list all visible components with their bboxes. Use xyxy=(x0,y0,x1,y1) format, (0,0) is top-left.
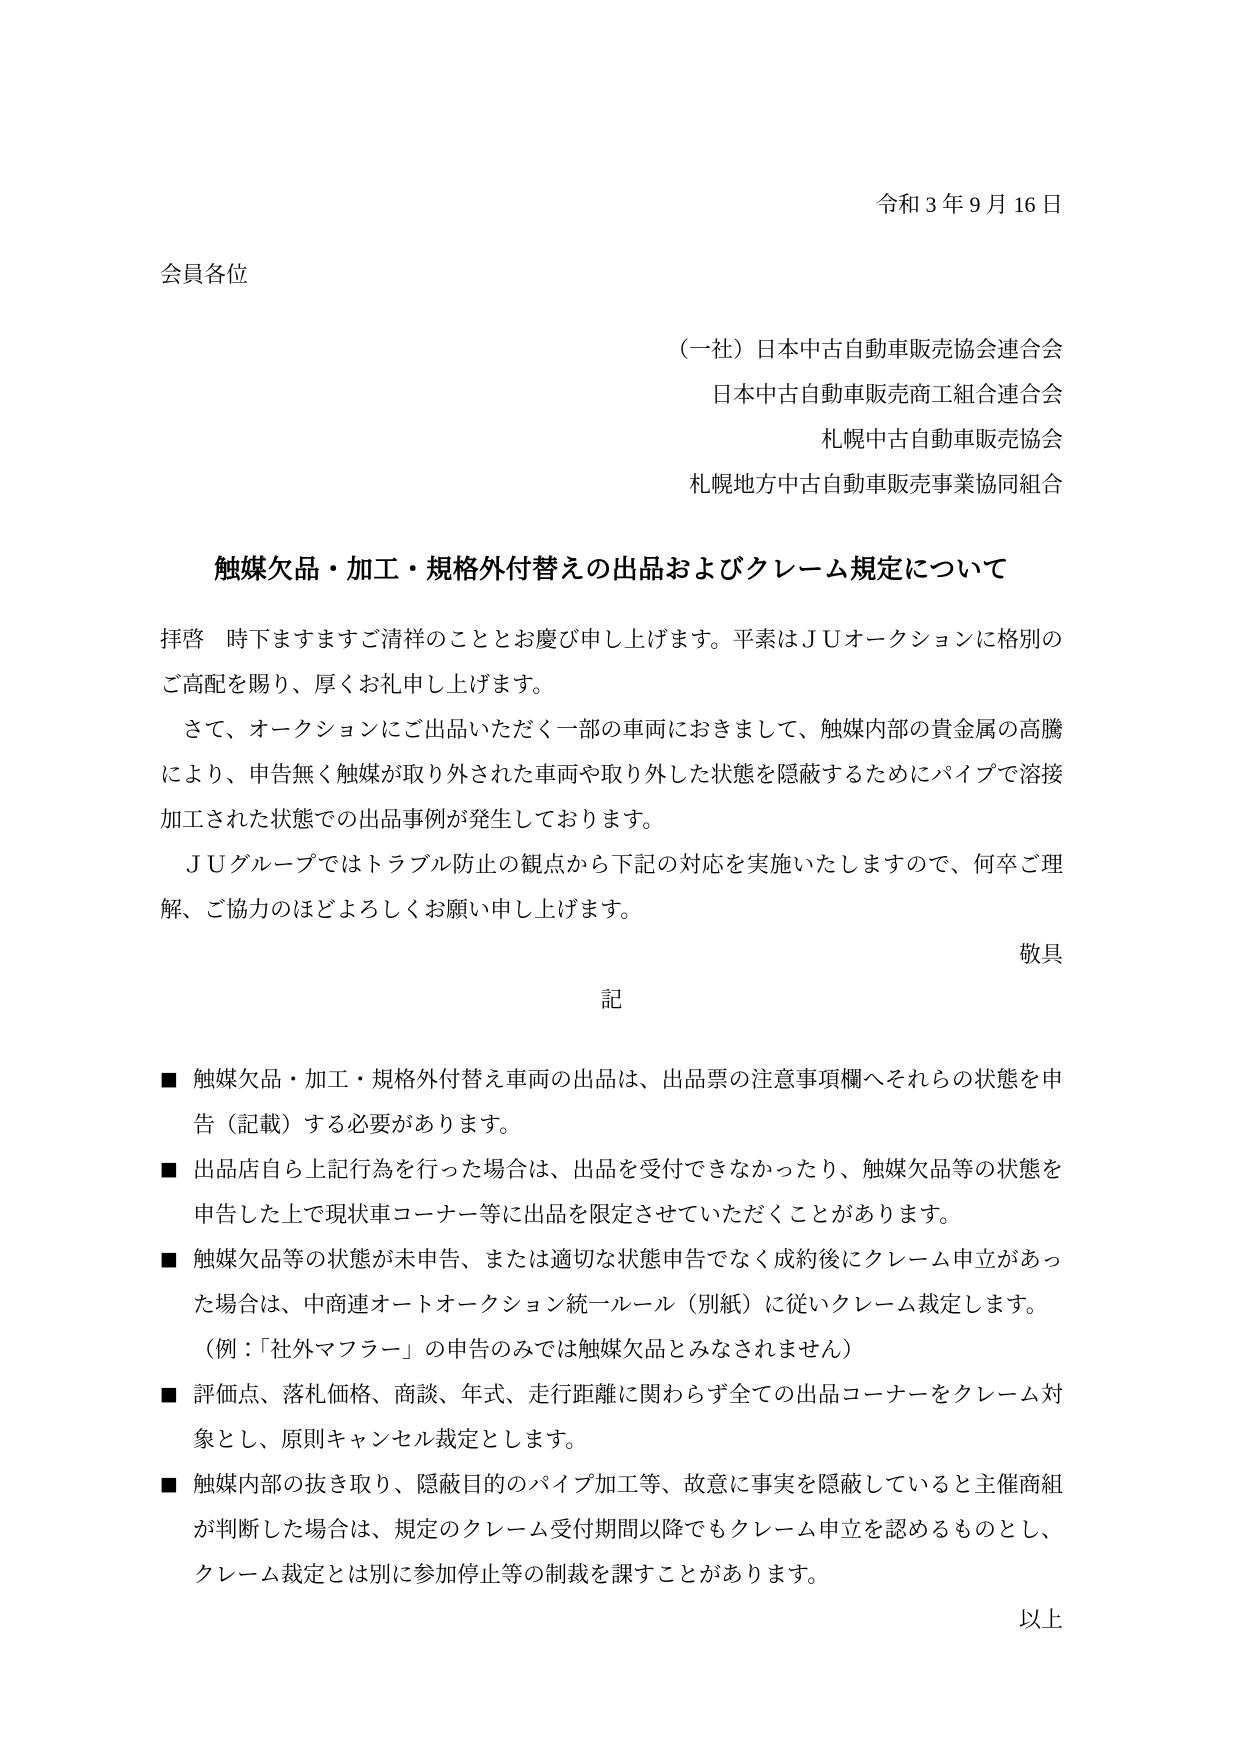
list-item: ■ 触媒内部の抜き取り、隠蔽目的のパイプ加工等、故意に事実を隠蔽していると主催商… xyxy=(160,1462,1063,1597)
paragraph: ＪＵグループではトラブル防止の観点から下記の対応を実施いたしますので、何卒ご理解… xyxy=(160,842,1063,932)
list-item-text: 触媒欠品等の状態が未申告、または適切な状態申告でなく成約後にクレーム申立があった… xyxy=(193,1247,1063,1317)
square-bullet-icon: ■ xyxy=(160,1147,178,1192)
list-item-text: 触媒内部の抜き取り、隠蔽目的のパイプ加工等、故意に事実を隠蔽していると主催商組が… xyxy=(193,1472,1063,1587)
sender-line: （一社）日本中古自動車販売協会連合会 xyxy=(160,327,1063,372)
rules-list: ■ 触媒欠品・加工・規格外付替え車両の出品は、出品票の注意事項欄へそれらの状態を… xyxy=(160,1057,1063,1597)
letter-body: 拝啓 時下ますますご清祥のこととお慶び申し上げます。平素はＪＵオークションに格別… xyxy=(160,617,1063,932)
paragraph: さて、オークションにご出品いただく一部の車両におきまして、触媒内部の貴金属の高騰… xyxy=(160,707,1063,842)
list-item-text: 出品店自ら上記行為を行った場合は、出品を受付できなかったり、触媒欠品等の状態を申… xyxy=(193,1157,1063,1227)
letter-page: 令和 3 年 9 月 16 日 会員各位 （一社）日本中古自動車販売協会連合会 … xyxy=(0,0,1241,1755)
sender-line: 札幌地方中古自動車販売事業協同組合 xyxy=(160,462,1063,507)
list-item: ■ 出品店自ら上記行為を行った場合は、出品を受付できなかったり、触媒欠品等の状態… xyxy=(160,1147,1063,1237)
sender-line: 日本中古自動車販売商工組合連合会 xyxy=(160,372,1063,417)
list-item: ■ 評価点、落札価格、商談、年式、走行距離に関わらず全ての出品コーナーをクレーム… xyxy=(160,1372,1063,1462)
recipient: 会員各位 xyxy=(160,252,1063,297)
square-bullet-icon: ■ xyxy=(160,1057,178,1102)
square-bullet-icon: ■ xyxy=(160,1372,178,1417)
end-marker: 以上 xyxy=(160,1597,1063,1642)
document-title: 触媒欠品・加工・規格外付替えの出品およびクレーム規定について xyxy=(160,549,1063,589)
list-item: ■ 触媒欠品・加工・規格外付替え車両の出品は、出品票の注意事項欄へそれらの状態を… xyxy=(160,1057,1063,1147)
square-bullet-icon: ■ xyxy=(160,1462,178,1507)
sender-line: 札幌中古自動車販売協会 xyxy=(160,417,1063,462)
list-item: ■ 触媒欠品等の状態が未申告、または適切な状態申告でなく成約後にクレーム申立があ… xyxy=(160,1237,1063,1372)
list-item-text: 評価点、落札価格、商談、年式、走行距離に関わらず全ての出品コーナーをクレーム対象… xyxy=(193,1382,1063,1452)
list-item-text: 触媒欠品・加工・規格外付替え車両の出品は、出品票の注意事項欄へそれらの状態を申告… xyxy=(193,1067,1063,1137)
record-marker: 記 xyxy=(160,977,1063,1022)
date-line: 令和 3 年 9 月 16 日 xyxy=(160,182,1063,227)
square-bullet-icon: ■ xyxy=(160,1237,178,1282)
paragraph: 拝啓 時下ますますご清祥のこととお慶び申し上げます。平素はＪＵオークションに格別… xyxy=(160,617,1063,707)
sender-block: （一社）日本中古自動車販売協会連合会 日本中古自動車販売商工組合連合会 札幌中古… xyxy=(160,327,1063,507)
closing-word: 敬具 xyxy=(160,932,1063,977)
list-item-note: （例：「社外マフラー」の申告のみでは触媒欠品とみなされません） xyxy=(193,1327,1063,1372)
